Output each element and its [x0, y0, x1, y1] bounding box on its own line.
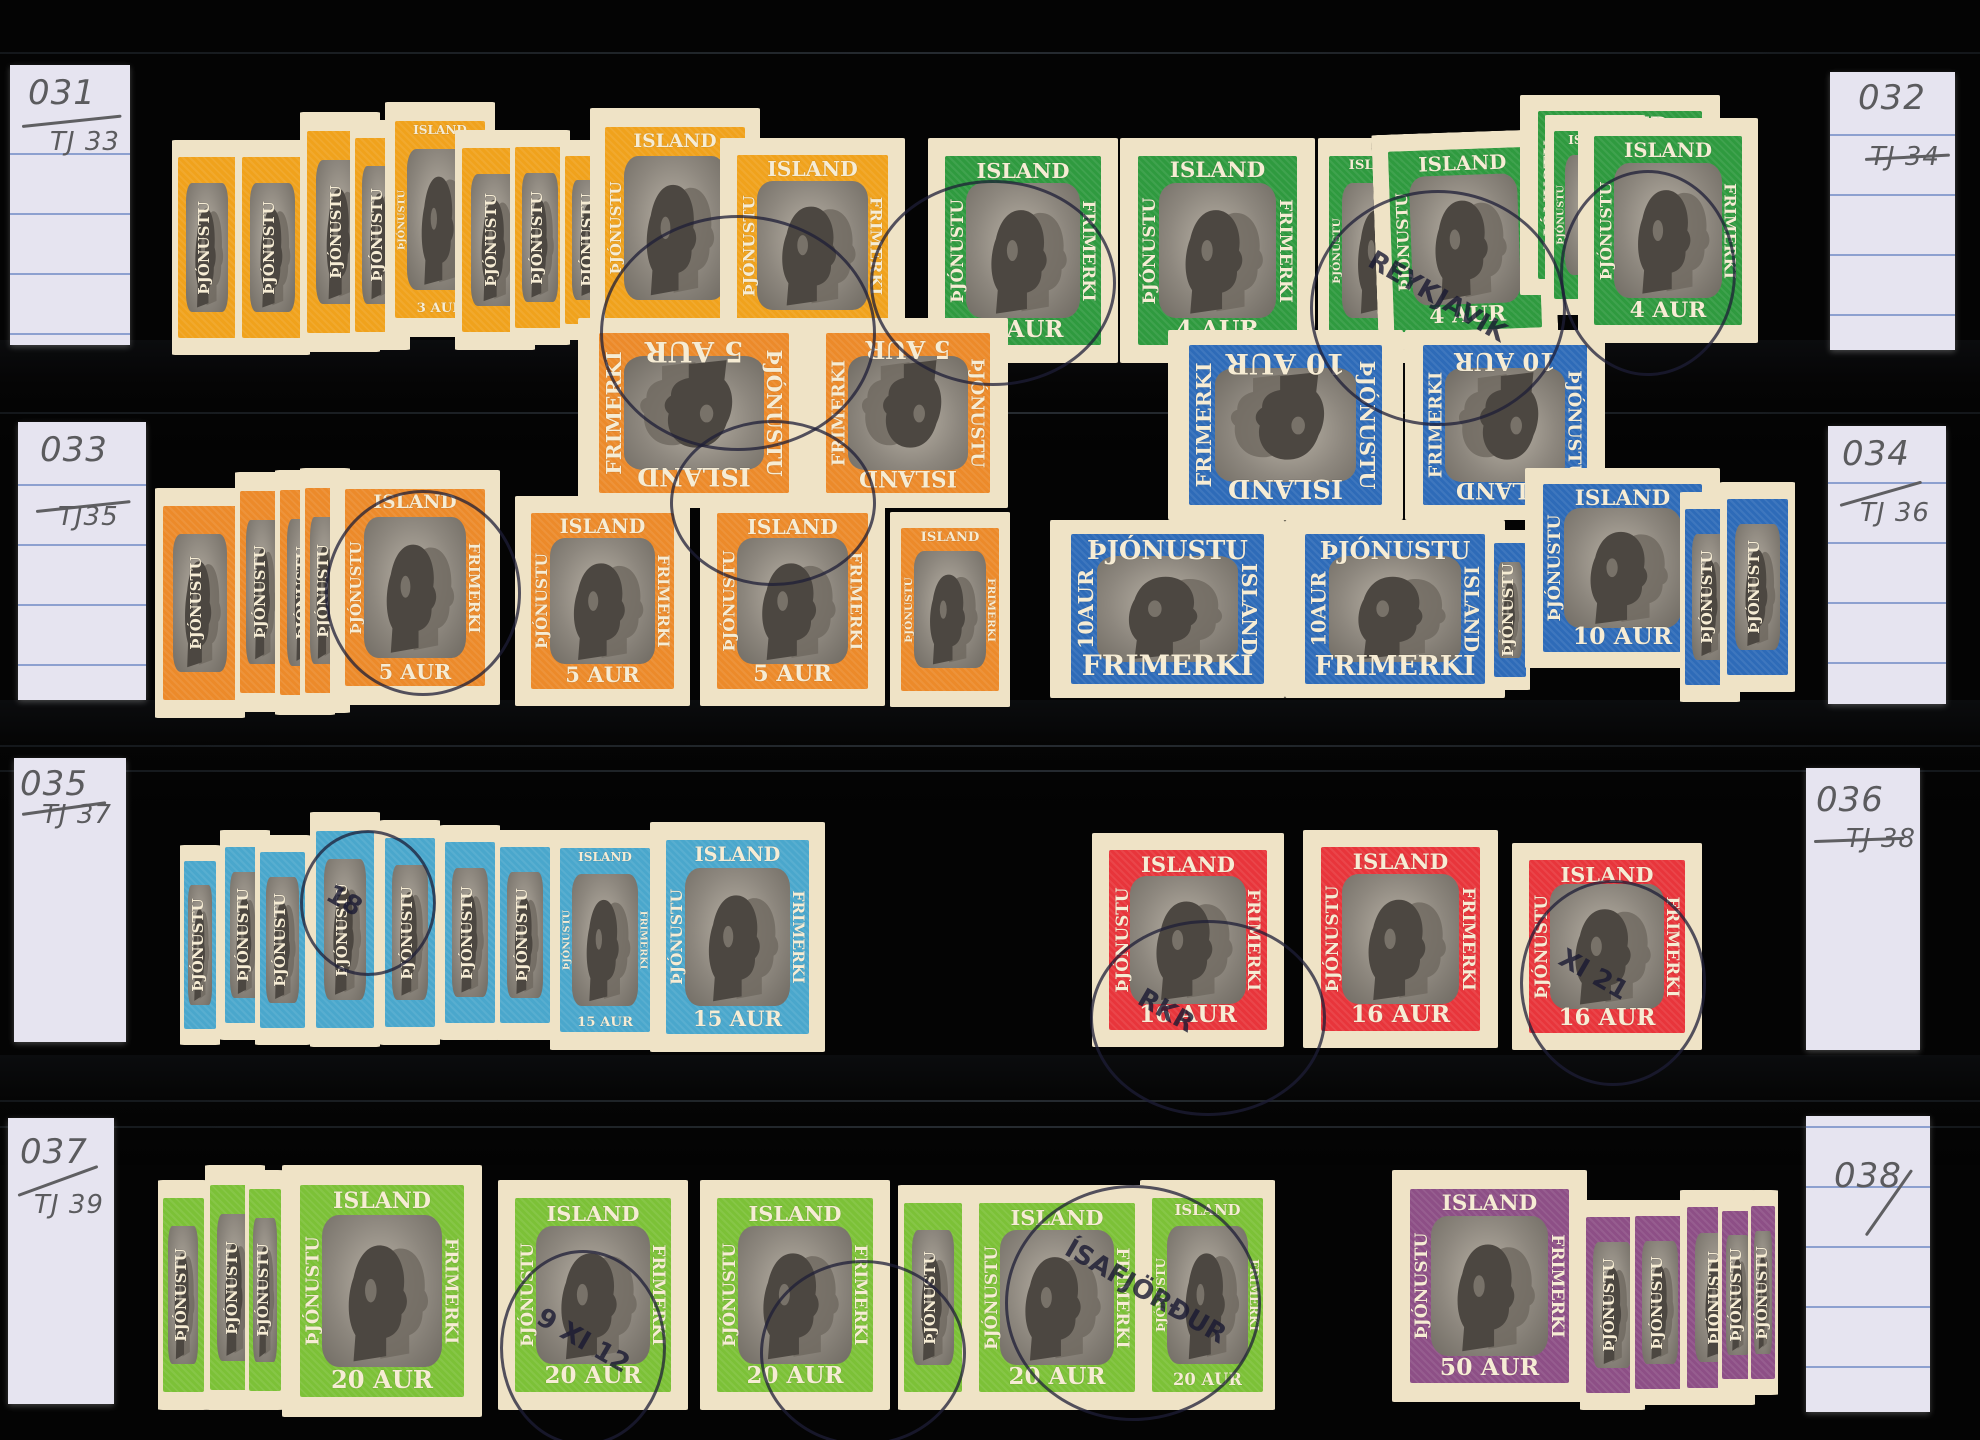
stamp-side-text: ÞJÓNUSTU	[458, 886, 476, 979]
ruled-line	[1806, 1306, 1930, 1308]
stamp-side-text: FRIMERKI	[1426, 372, 1447, 478]
label-scott-number: 033	[40, 430, 108, 470]
stamp-design: ÞJÓNUSTU	[255, 835, 310, 1045]
stamp-design: ÞJÓNUSTU	[235, 140, 310, 355]
catalogue-label-038: 038	[1806, 1116, 1930, 1412]
ruled-line	[18, 544, 146, 546]
stamp-side-text: ÞJÓNUSTU	[1140, 197, 1160, 304]
stamp-design: ÞJÓNUSTU	[898, 1185, 968, 1410]
stamp-side-text: ÞJÓNUSTU	[1355, 361, 1379, 490]
stamp-value-text: 5 AUR	[515, 662, 690, 687]
stamp-design: ÞJÓNUSTU	[172, 140, 242, 355]
label-scott-number: 036	[1816, 780, 1884, 820]
stamp-top-text: ISLAND	[1392, 1191, 1587, 1216]
stamp-top-text: ISLAND	[700, 1201, 890, 1226]
label-catalogue-number: TJ 34	[1870, 142, 1940, 172]
stamp-top-text: ISLAND	[515, 515, 690, 538]
stamp-side-text: FRIMERKI	[1458, 887, 1478, 991]
ruled-line	[1806, 1366, 1930, 1368]
two-kings-portrait-icon	[1569, 899, 1660, 1007]
stamp: ISLAND5 AURÞJÓNUSTUFRIMERKI	[700, 496, 885, 706]
stamp-side-text: ÞJÓNUSTU	[719, 1243, 739, 1347]
stamp-design: ISLANDÞJÓNUSTUFRIMERKI	[890, 512, 1010, 707]
two-kings-portrait-icon	[1220, 370, 1333, 469]
stamp-side-text: ÞJÓNUSTU	[1392, 192, 1414, 291]
stamp-side-text: ÞJÓNUSTU	[254, 1243, 272, 1336]
stamp-side-text: ÞJÓNUSTU	[234, 888, 252, 981]
stamp-design: ÞJÓNUSTUFRIMERKI10AURISLAND	[1050, 520, 1285, 698]
stamp-side-text: ÞJÓNUSTU	[528, 191, 546, 284]
stamp-side-text: FRIMERKI	[847, 552, 866, 650]
stamp: ISLAND20 AURÞJÓNUSTUFRIMERKI	[282, 1165, 482, 1417]
stamp-side-text: ÞJÓNUSTU	[921, 1251, 939, 1344]
stamp-design: ISLAND16 AURÞJÓNUSTUFRIMERKI	[1092, 833, 1284, 1047]
stamp-side-text: ÞJÓNUSTU	[967, 358, 988, 468]
stamp-value-text: 20 AUR	[282, 1365, 482, 1394]
stamp-design: ÞJÓNUSTU	[158, 1180, 208, 1410]
stamp-side-text: FRIMERKI	[1113, 1247, 1133, 1348]
label-scott-number: 032	[1858, 78, 1926, 118]
stamp-side-text: FRIMERKI	[649, 1245, 669, 1346]
stamp: ÞJÓNUSTU	[158, 1180, 208, 1410]
stamp-side-text: ÞJÓNUSTU	[271, 893, 289, 986]
two-kings-portrait-icon	[381, 533, 463, 655]
catalogue-label-031: 031TJ 33	[10, 65, 130, 345]
stamp: ISLAND16 AURÞJÓNUSTUFRIMERKI	[1512, 843, 1702, 1050]
stamp: ÞJÓNUSTU	[1720, 482, 1795, 692]
stamp-side-text: ÞJÓNUSTU	[1531, 895, 1551, 999]
two-kings-portrait-icon	[1351, 568, 1457, 661]
stamp-design: ISLAND20 AURÞJÓNUSTUFRIMERKI	[962, 1185, 1152, 1410]
label-scott-number: 031	[28, 73, 96, 113]
stamp-top-text: ISLAND	[700, 515, 885, 539]
ruled-line	[10, 213, 130, 215]
stamp-top-text: ISLAND	[330, 491, 500, 513]
stamp-side-text: ÞJÓNUSTU	[187, 556, 205, 649]
stamp: ISLAND16 AURÞJÓNUSTUFRIMERKI	[1303, 830, 1498, 1048]
stamp-design: ÞJÓNUSTU	[1490, 530, 1530, 690]
stamp-side-text: ÞJÓNUSTU	[251, 545, 269, 638]
stamp-design: ISLAND20 AURÞJÓNUSTUFRIMERKI	[700, 1180, 890, 1410]
strip-edge	[0, 770, 1980, 772]
stamp-side-text: ÞJÓNUSTU	[1698, 550, 1716, 643]
ruled-line	[18, 664, 146, 666]
stamp-design: ISLAND50 AURÞJÓNUSTUFRIMERKI	[1392, 1170, 1587, 1402]
stamp-top-text: ISLAND	[550, 850, 660, 864]
ruled-line	[1830, 194, 1955, 196]
stamp-top-text: ÞJÓNUSTU	[1050, 536, 1285, 566]
stamp-side-text: ÞJÓNUSTU	[762, 349, 786, 476]
ruled-line	[18, 484, 146, 486]
stamp-side-text: FRIMERKI	[851, 1245, 871, 1346]
stamp-side-text: ÞJÓNUSTU	[1753, 1246, 1771, 1339]
two-kings-portrait-icon	[1121, 568, 1234, 661]
stamp-side-text: FRIMERKI	[1244, 889, 1264, 991]
stamp-design: ISLAND5 AURÞJÓNUSTUFRIMERKI	[808, 318, 1008, 508]
stamp-side-text: 10AUR	[1074, 569, 1098, 649]
two-kings-portrait-icon	[1362, 889, 1456, 1002]
stamp-value-text: 20 AUR	[498, 1362, 688, 1389]
catalogue-label-032: 032TJ 34	[1830, 72, 1955, 350]
stamp-side-text: FRIMERKI	[1192, 363, 1216, 488]
two-kings-portrait-icon	[985, 199, 1076, 316]
stamp-side-text: ÞJÓNUSTU	[719, 550, 738, 651]
stamp-top-text: ISLAND	[808, 465, 1008, 491]
strip-edge	[0, 1100, 1980, 1102]
stamp-value-text: 16 AUR	[1092, 1001, 1284, 1028]
two-kings-portrait-icon	[629, 358, 740, 457]
stamp-value-text: 16 AUR	[1303, 1000, 1498, 1028]
ruled-line	[10, 273, 130, 275]
stamp-side-text: ÞJÓNUSTU	[533, 553, 551, 649]
stamp-side-text: ÞJÓNUSTU	[947, 199, 967, 303]
stamp-design: ISLAND5 AURÞJÓNUSTUFRIMERKI	[700, 496, 885, 706]
stamp-side-text: ÞJÓNUSTU	[739, 195, 758, 296]
stamp-design: ÞJÓNUSTU	[310, 812, 380, 1047]
strip-edge	[0, 745, 1980, 747]
stamp-side-text: FRIMERKI	[637, 911, 648, 969]
strip-edge	[0, 52, 1980, 54]
stamp: ISLAND4 AURÞJÓNUSTUFRIMERKI	[1578, 118, 1758, 343]
stamp: ÞJÓNUSTU	[310, 812, 380, 1047]
stamp-side-text: ÞJÓNUSTU	[513, 888, 531, 981]
stamp-design: ISLAND10 AURÞJÓNUSTUFRIMERKI	[1168, 330, 1403, 520]
stamp: ÞJÓNUSTU	[235, 140, 310, 355]
stamp-side-text: ÞJÓNUSTU	[327, 185, 345, 278]
stamp-side-text: ÞJÓNUSTU	[1499, 563, 1517, 656]
stamp-design: ISLAND5 AURÞJÓNUSTUFRIMERKI	[578, 318, 810, 508]
stamp-side-text: ÞJÓNUSTU	[260, 201, 278, 294]
stamp-value-text: 5 AUR	[330, 660, 500, 684]
stamp: ÞJÓNUSTU	[495, 830, 555, 1040]
stamp: ISLAND20 AURÞJÓNUSTUFRIMERKI	[1140, 1180, 1275, 1410]
stamp: ÞJÓNUSTU	[380, 820, 440, 1045]
stamp-side-text: ÞJÓNUSTU	[517, 1243, 537, 1347]
stamp-top-text: ISLAND	[1120, 158, 1315, 183]
stamp: ISLAND20 AURÞJÓNUSTUFRIMERKI	[498, 1180, 688, 1410]
catalogue-label-034: 034TJ 36	[1828, 426, 1946, 704]
two-kings-portrait-icon	[1019, 1246, 1110, 1363]
stamp-value-text: 16 AUR	[1512, 1004, 1702, 1031]
stamp-design: ÞJÓNUSTU	[380, 820, 440, 1045]
stamp: ÞJÓNUSTU	[255, 835, 310, 1045]
stamp-value-text: 20 AUR	[962, 1363, 1152, 1390]
stamp-value-text: 20 AUR	[700, 1362, 890, 1389]
stamp-side-text: ÞJÓNUSTU	[562, 910, 573, 970]
two-kings-portrait-icon	[1181, 1242, 1246, 1362]
two-kings-portrait-icon	[583, 889, 636, 1003]
stamp-side-text: ÞJÓNUSTU	[1727, 1248, 1745, 1341]
stamp: ÞJÓNUSTU	[180, 845, 220, 1045]
label-scott-number: 038	[1834, 1156, 1902, 1196]
stamp-side-text: ÞJÓNUSTU	[368, 188, 386, 281]
stamp-side-text: ÞJÓNUSTU	[347, 541, 365, 634]
stamp-side-text: ÞJÓNUSTU	[223, 1241, 241, 1334]
stamp-side-text: FRIMERKI	[654, 554, 672, 647]
stamp-top-text: ISLAND	[498, 1201, 688, 1226]
stamp-side-text: ÞJÓNUSTU	[1596, 181, 1615, 280]
stamp: ÞJÓNUSTU	[1490, 530, 1530, 690]
stamp-side-text: FRIMERKI	[867, 196, 886, 294]
stamp-side-text: ÞJÓNUSTU	[172, 1248, 190, 1341]
stamp-top-text: ISLAND	[1512, 862, 1702, 887]
ruled-line	[18, 604, 146, 606]
two-kings-portrait-icon	[1632, 179, 1718, 296]
stamp-design: ISLAND16 AURÞJÓNUSTUFRIMERKI	[1303, 830, 1498, 1048]
stamp-side-text: FRIMERKI	[1721, 183, 1740, 279]
label-catalogue-number: TJ 39	[34, 1190, 104, 1220]
catalogue-label-036: 036TJ 38	[1806, 768, 1920, 1050]
stamp-side-text: ÞJÓNUSTU	[1412, 1233, 1432, 1340]
two-kings-portrait-icon	[641, 173, 723, 298]
stamp-design: ISLAND5 AURÞJÓNUSTUFRIMERKI	[330, 470, 500, 705]
stamp: ISLAND10 AURÞJÓNUSTUFRIMERKI	[1168, 330, 1403, 520]
two-kings-portrait-icon	[776, 196, 865, 308]
stamp: ISLAND20 AURÞJÓNUSTUFRIMERKI	[962, 1185, 1152, 1410]
two-kings-portrait-icon	[1451, 1233, 1545, 1354]
ruled-line	[1828, 482, 1946, 484]
stamp-top-text: ISLAND	[650, 843, 825, 866]
stamp-side-text: FRIMERKI	[829, 360, 850, 466]
label-catalogue-number: TJ35	[58, 502, 119, 532]
two-kings-portrait-icon	[756, 553, 845, 662]
stamp-design: ÞJÓNUSTU	[155, 488, 245, 718]
label-scott-number: 037	[20, 1132, 88, 1172]
stock-strip	[0, 700, 1980, 810]
stamp-top-text: ÞJÓNUSTU	[1285, 536, 1505, 565]
stamp-side-text: FRIMERKI	[1547, 1234, 1567, 1338]
two-kings-portrait-icon	[555, 1242, 646, 1362]
stamp-side-text: FRIMERKI	[465, 542, 483, 632]
stamp-side-text: FRIMERKI	[1247, 1259, 1261, 1331]
stamp: ÞJÓNUSTU	[1748, 1190, 1778, 1395]
stamp-side-text: FRIMERKI	[985, 578, 997, 642]
stamp-design: ISLAND5 AURÞJÓNUSTUFRIMERKI	[515, 496, 690, 706]
stamp: ISLAND5 AURÞJÓNUSTUFRIMERKI	[808, 318, 1008, 508]
two-kings-portrait-icon	[1150, 891, 1242, 1002]
stamp-side-text: ÞJÓNUSTU	[303, 1236, 324, 1346]
ruled-line	[1828, 542, 1946, 544]
stamp-top-text: ISLAND	[890, 530, 1010, 545]
ruled-line	[1830, 314, 1955, 316]
stock-strip	[0, 1055, 1980, 1165]
stamp-side-text: ÞJÓNUSTU	[482, 193, 500, 286]
two-kings-portrait-icon	[757, 1242, 848, 1362]
stamp-design: ISLAND16 AURÞJÓNUSTUFRIMERKI	[1512, 843, 1702, 1050]
stamp-side-text: ÞJÓNUSTU	[1555, 185, 1566, 245]
stamp-design: ISLAND15 AURÞJÓNUSTUFRIMERKI	[650, 822, 825, 1052]
label-scott-number: 035	[20, 764, 88, 804]
label-scott-number: 034	[1842, 434, 1910, 474]
stamp: ÞJÓNUSTU	[172, 140, 242, 355]
stamp: ISLANDÞJÓNUSTUFRIMERKI	[890, 512, 1010, 707]
ruled-line	[1806, 1246, 1930, 1248]
stamp-design: ÞJÓNUSTU	[495, 830, 555, 1040]
stamp: ISLAND16 AURÞJÓNUSTUFRIMERKI	[1092, 833, 1284, 1047]
stamp-value-text: 20 AUR	[1140, 1370, 1275, 1389]
stamp-top-text: ISLAND	[720, 157, 905, 181]
stamp: ISLAND50 AURÞJÓNUSTUFRIMERKI	[1392, 1170, 1587, 1402]
ruled-line	[1806, 1126, 1930, 1128]
catalogue-label-033: 033TJ35	[18, 422, 146, 700]
stamp-design: ISLAND20 AURÞJÓNUSTUFRIMERKI	[498, 1180, 688, 1410]
stamp-design: ÞJÓNUSTUFRIMERKI10AURISLAND	[1285, 520, 1505, 698]
stamp-side-text: ÞJÓNUSTU	[1545, 515, 1565, 622]
stamp-top-text: ISLAND	[282, 1188, 482, 1214]
catalogue-label-035: 035TJ 37	[14, 758, 126, 1042]
stamp-side-text: ÞJÓNUSTU	[1600, 1258, 1618, 1351]
stamp-value-text: FRIMERKI	[1285, 651, 1505, 682]
two-kings-portrait-icon	[926, 565, 984, 666]
stamp-design: ÞJÓNUSTU	[1720, 482, 1795, 692]
stamp-design: ÞJÓNUSTU	[440, 825, 500, 1040]
stamp-side-text: ÞJÓNUSTU	[189, 898, 207, 991]
two-kings-portrait-icon	[342, 1233, 438, 1364]
stamp-side-text: ÞJÓNUSTU	[195, 201, 213, 294]
stamp-side-text: ÞJÓNUSTU	[1331, 218, 1343, 284]
stamp-value-text: 4 AUR	[1578, 298, 1758, 323]
ruled-line	[1828, 602, 1946, 604]
two-kings-portrait-icon	[1449, 370, 1545, 469]
stamp: ISLAND5 AURÞJÓNUSTUFRIMERKI	[330, 470, 500, 705]
stamp: ÞJÓNUSTU	[245, 1170, 285, 1410]
stamp-top-text: ISLAND	[928, 158, 1118, 183]
stamp-side-text: ÞJÓNUSTU	[1154, 1258, 1168, 1332]
stamp-top-text: ISLAND	[1578, 138, 1758, 162]
stamp: ÞJÓNUSTUFRIMERKI10AURISLAND	[1285, 520, 1505, 698]
stamp-side-text: FRIMERKI	[789, 890, 807, 983]
stamp-design: ISLAND15 AURÞJÓNUSTUFRIMERKI	[550, 830, 660, 1050]
stamp-side-text: ÞJÓNUSTU	[981, 1246, 1001, 1350]
ruled-line	[1828, 662, 1946, 664]
stamp: ISLAND5 AURÞJÓNUSTUFRIMERKI	[578, 318, 810, 508]
stamp-top-text: ISLAND	[1140, 1201, 1275, 1219]
stamp-side-text: ÞJÓNUSTU	[1564, 370, 1585, 480]
stamp: ISLAND15 AURÞJÓNUSTUFRIMERKI	[550, 830, 660, 1050]
stamp-side-text: ÞJÓNUSTU	[1323, 886, 1343, 993]
stamp-value-text: 15 AUR	[550, 1015, 660, 1030]
stamp-side-text: FRIMERKI	[441, 1238, 462, 1344]
ruled-line	[10, 333, 130, 335]
stamp-top-text: ISLAND	[962, 1205, 1152, 1230]
stamp-side-text: ÞJÓNUSTU	[607, 181, 625, 274]
stamp-design: ÞJÓNUSTU	[1748, 1190, 1778, 1395]
stamp-side-text: FRIMERKI	[1079, 200, 1099, 301]
stamp-side-text: ÞJÓNUSTU	[668, 889, 686, 985]
stamp-side-text: ÞJÓNUSTU	[1648, 1256, 1666, 1349]
stamp-side-text: 10AUR	[1308, 572, 1331, 647]
stamp-design: ÞJÓNUSTU	[245, 1170, 285, 1410]
stamp-design: ISLAND4 AURÞJÓNUSTUFRIMERKI	[1578, 118, 1758, 343]
stamp-design: ISLAND20 AURÞJÓNUSTUFRIMERKI	[282, 1165, 482, 1417]
stamp-top-text: ISLAND	[1092, 852, 1284, 877]
label-catalogue-number: TJ 33	[50, 127, 120, 157]
stamp-side-text: ÞJÓNUSTU	[333, 883, 351, 976]
stamp: ÞJÓNUSTU	[898, 1185, 968, 1410]
stamp: ISLAND15 AURÞJÓNUSTUFRIMERKI	[650, 822, 825, 1052]
label-catalogue-number: TJ 36	[1860, 498, 1930, 528]
two-kings-portrait-icon	[1179, 199, 1273, 316]
label-catalogue-number: TJ 37	[42, 800, 112, 830]
stamp: ÞJÓNUSTU	[440, 825, 500, 1040]
stamp-side-text: FRIMERKI	[1663, 896, 1683, 997]
two-kings-portrait-icon	[568, 553, 652, 662]
ruled-line	[1830, 134, 1955, 136]
catalogue-label-037: 037TJ 39	[8, 1118, 114, 1404]
stamp-side-text: ÞJÓNUSTU	[903, 577, 915, 643]
two-kings-portrait-icon	[852, 358, 948, 457]
label-catalogue-number: TJ 38	[1846, 824, 1916, 854]
stamp-side-text: ÞJÓNUSTU	[1112, 887, 1132, 992]
stamp-design: ISLAND20 AURÞJÓNUSTUFRIMERKI	[1140, 1180, 1275, 1410]
stamp-value-text: 5 AUR	[700, 661, 885, 687]
stamp-side-text: ÞJÓNUSTU	[398, 886, 416, 979]
two-kings-portrait-icon	[1584, 522, 1678, 626]
stamp: ISLAND20 AURÞJÓNUSTUFRIMERKI	[700, 1180, 890, 1410]
stamp-top-text: ISLAND	[1303, 850, 1498, 875]
two-kings-portrait-icon	[1427, 188, 1517, 303]
stamp-side-text: FRIMERKI	[602, 351, 626, 474]
stamp-side-text: ÞJÓNUSTU	[314, 544, 332, 637]
stamp-value-text: 50 AUR	[1392, 1353, 1587, 1381]
two-kings-portrait-icon	[703, 884, 787, 1004]
stamp-side-text: ÞJÓNUSTU	[1745, 540, 1763, 633]
stamp-design: ÞJÓNUSTU	[180, 845, 220, 1045]
stamp-side-text: ISLAND	[1237, 563, 1261, 655]
strip-edge	[0, 1126, 1980, 1128]
stamp-value-text: 15 AUR	[650, 1006, 825, 1031]
stamp-side-text: FRIMERKI	[1275, 199, 1295, 303]
stamp: ISLAND5 AURÞJÓNUSTUFRIMERKI	[515, 496, 690, 706]
label-divider-stroke	[22, 115, 122, 128]
ruled-line	[1830, 254, 1955, 256]
stamp: ÞJÓNUSTU	[155, 488, 245, 718]
stamp-side-text: ÞJÓNUSTU	[397, 189, 408, 249]
stamp-side-text: ISLAND	[1459, 566, 1482, 652]
stamp: ÞJÓNUSTUFRIMERKI10AURISLAND	[1050, 520, 1285, 698]
